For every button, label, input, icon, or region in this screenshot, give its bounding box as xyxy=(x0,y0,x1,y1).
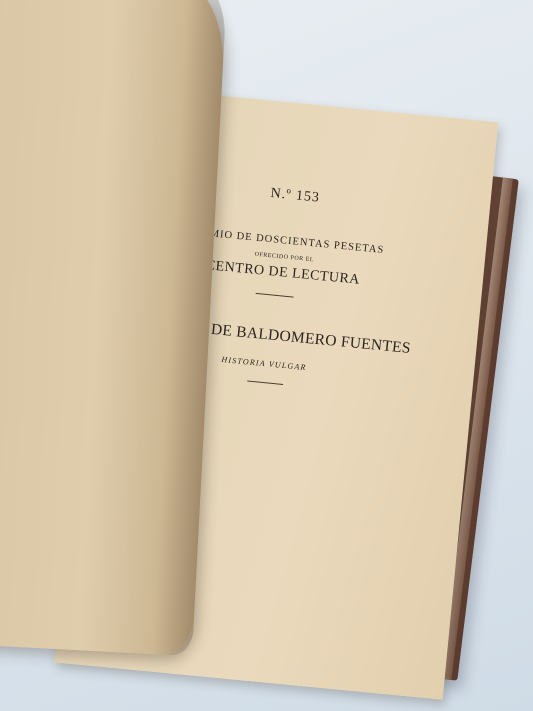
divider-rule xyxy=(256,293,294,298)
left-page-curled xyxy=(0,0,228,656)
book-number: N.º 153 xyxy=(220,181,371,211)
book-subtitle: HISTORIA VULGAR xyxy=(184,351,344,375)
divider-rule xyxy=(247,381,283,385)
photo-scene: N.º 153 PREMIO DE DOSCIENTAS PESETAS OFR… xyxy=(0,0,533,711)
